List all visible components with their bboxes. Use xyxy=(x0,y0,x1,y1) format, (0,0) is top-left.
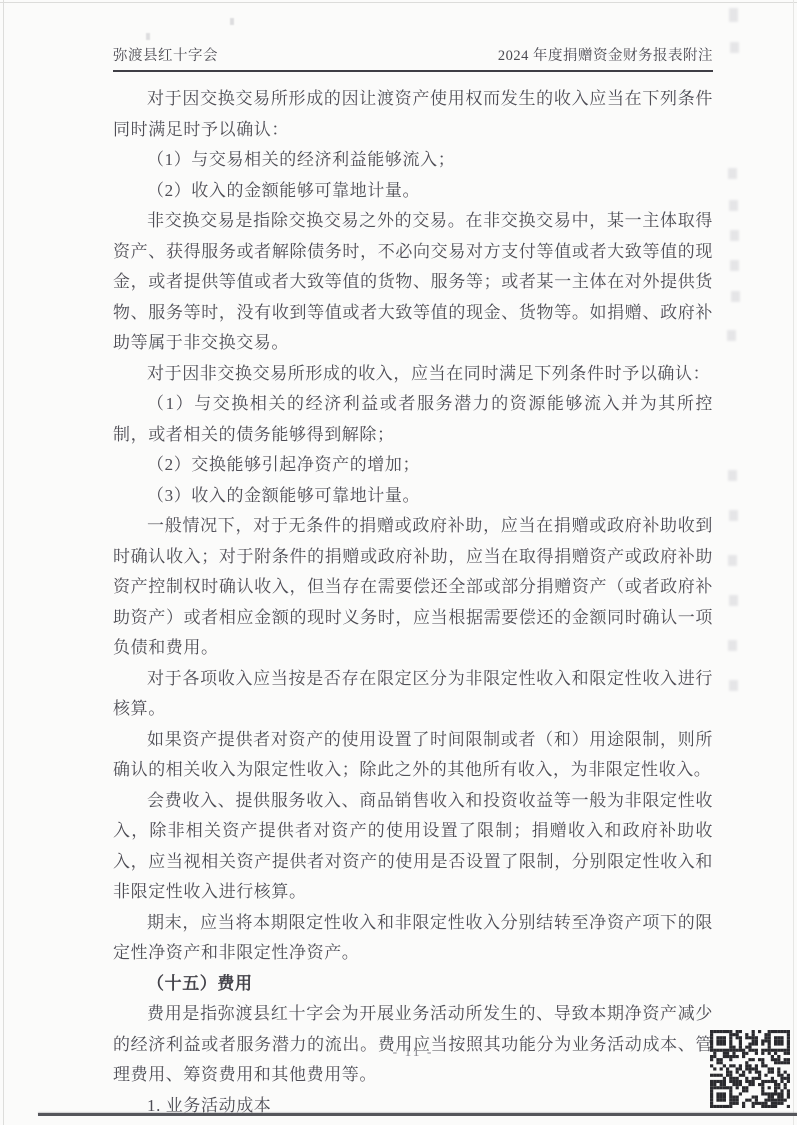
scan-edge-right xyxy=(793,0,794,1125)
scan-artifact xyxy=(729,510,738,521)
paragraph: 如果资产提供者对资产的使用设置了时间限制或者（和）用途限制，则所确认的相关收入为… xyxy=(113,725,713,786)
qr-code-icon xyxy=(710,1030,790,1108)
paragraph: 期末，应当将本期限定性收入和非限定性收入分别结转至净资产项下的限定性净资产和非限… xyxy=(113,908,713,969)
paragraph: 对于因非交换交易所形成的收入，应当在同时满足下列条件时予以确认： xyxy=(113,359,713,390)
page-number: - 11 - xyxy=(113,1044,713,1060)
scan-artifact xyxy=(730,42,739,53)
scan-artifact xyxy=(230,18,234,25)
list-item: （1）与交易相关的经济利益能够流入； xyxy=(113,145,713,176)
scanned-document-page: 弥渡县红十字会 2024 年度捐赠资金财务报表附注 对于因交换交易所形成的因让渡… xyxy=(0,0,797,1125)
list-item: （2）交换能够引起净资产的增加； xyxy=(113,450,713,481)
scan-artifact xyxy=(728,555,737,566)
scan-artifact xyxy=(728,470,737,481)
paragraph: 对于各项收入应当按是否存在限定区分为非限定性收入和限定性收入进行核算。 xyxy=(113,664,713,725)
scan-artifact xyxy=(730,230,739,241)
scan-artifact xyxy=(729,8,738,22)
scan-artifact xyxy=(730,260,739,271)
section-heading-expenses: （十五）费用 xyxy=(113,969,713,1000)
paragraph: 非交换交易是指除交换交易之外的交易。在非交换交易中，某一主体取得资产、获得服务或… xyxy=(113,206,713,359)
scan-edge-top xyxy=(0,2,797,3)
header-org-name: 弥渡县红十字会 xyxy=(113,44,218,65)
header-report-title: 2024 年度捐赠资金财务报表附注 xyxy=(498,44,713,65)
page-header: 弥渡县红十字会 2024 年度捐赠资金财务报表附注 xyxy=(113,44,713,72)
scan-artifact xyxy=(146,33,150,40)
document-body: 对于因交换交易所形成的因让渡资产使用权而发生的收入应当在下列条件同时满足时予以确… xyxy=(113,84,713,1121)
scan-artifact xyxy=(727,330,736,341)
scan-artifact xyxy=(729,680,738,691)
paragraph: 会费收入、提供服务收入、商品销售收入和投资收益等一般为非限定性收入，除非相关资产… xyxy=(113,786,713,908)
subsection-label: 1. 业务活动成本 xyxy=(113,1091,713,1122)
list-item: （2）收入的金额能够可靠地计量。 xyxy=(113,176,713,207)
paragraph: 一般情况下，对于无条件的捐赠或政府补助，应当在捐赠或政府补助收到时确认收入；对于… xyxy=(113,511,713,664)
paragraph: 对于因交换交易所形成的因让渡资产使用权而发生的收入应当在下列条件同时满足时予以确… xyxy=(113,84,713,145)
scan-artifact xyxy=(729,200,738,211)
list-item: （1）与交换相关的经济利益或者服务潜力的资源能够流入并为其所控制，或者相关的债务… xyxy=(113,389,713,450)
scan-artifact xyxy=(731,291,740,302)
scan-edge-left xyxy=(3,0,4,1125)
list-item: （3）收入的金额能够可靠地计量。 xyxy=(113,481,713,512)
scan-artifact xyxy=(728,168,737,179)
scan-artifact xyxy=(729,595,738,606)
scan-artifact xyxy=(728,640,737,651)
